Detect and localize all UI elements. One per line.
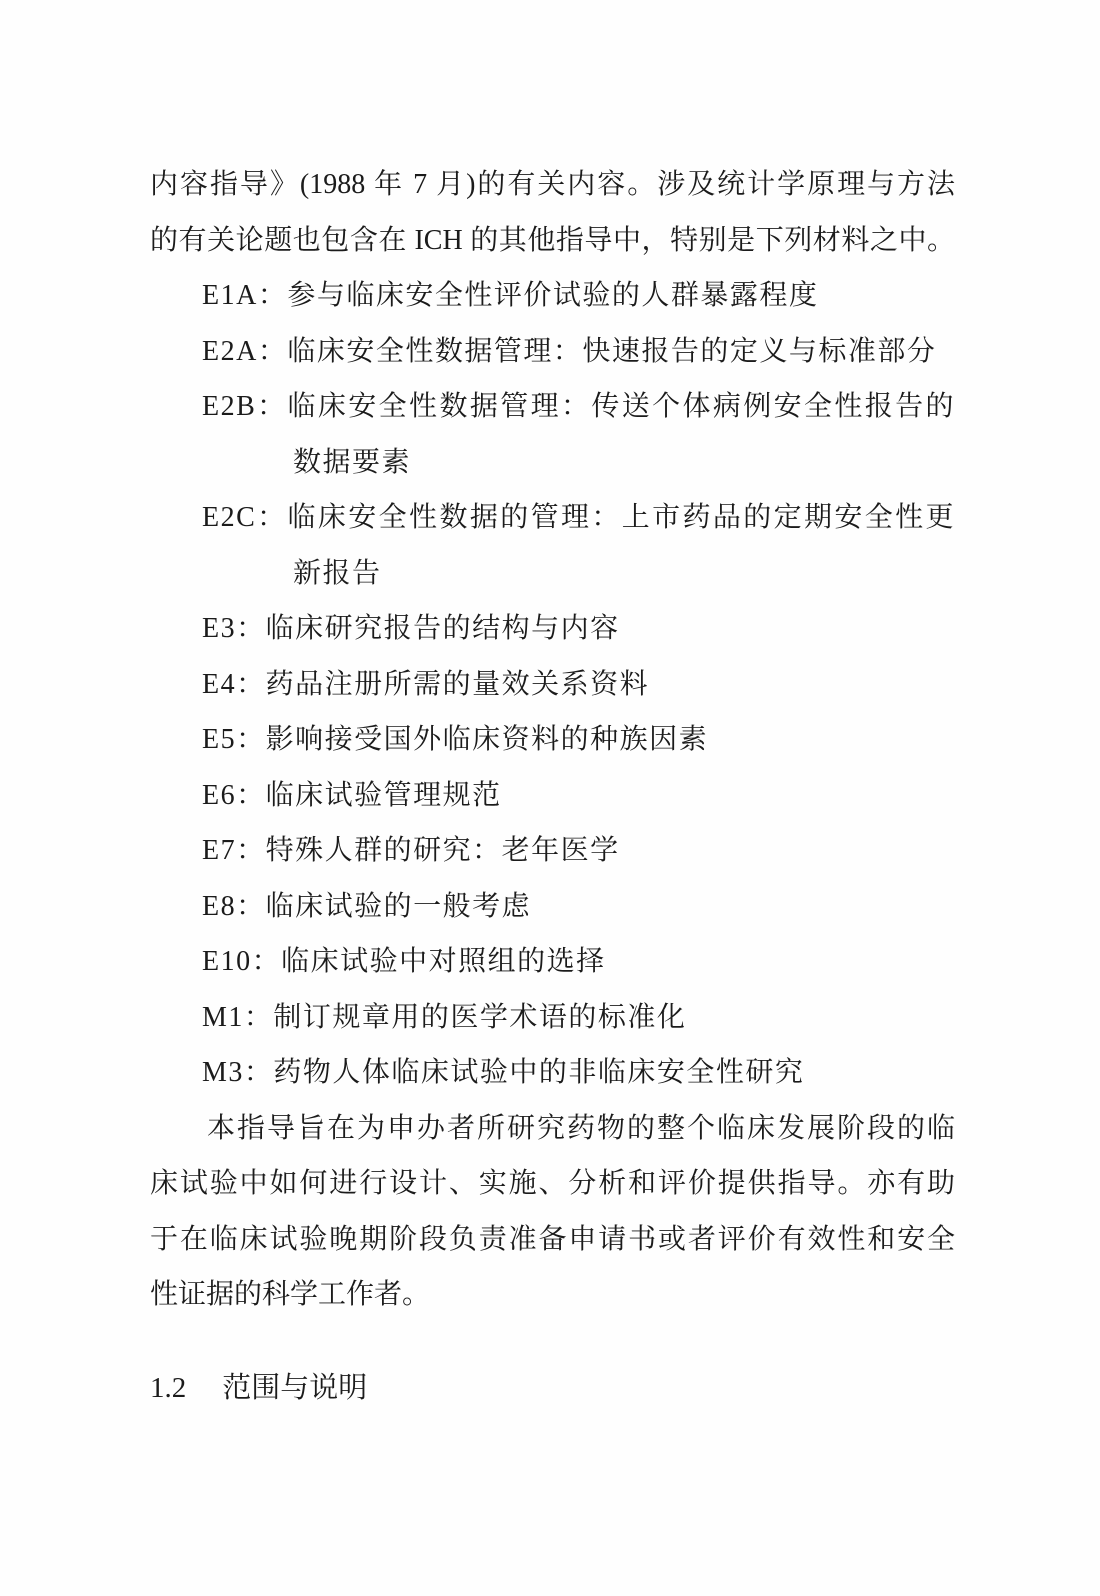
page-content: 内容指导》(1988 年 7 月)的有关内容。涉及统计学原理与方法 的有关论题也… — [0, 0, 1100, 1416]
guideline-code-e7: E7： — [202, 835, 266, 866]
guideline-text-e10: 临床试验中对照组的选择 — [281, 946, 606, 977]
guideline-item-e2b: E2B：临床安全性数据管理：传送个体病例安全性报告的 — [150, 379, 955, 435]
intro-paragraph-line-2: 的有关论题也包含在 ICH 的其他指导中，特别是下列材料之中。 — [150, 213, 955, 269]
purpose-paragraph-line-3: 于在临床试验晚期阶段负责准备申请书或者评价有效性和安全 — [150, 1212, 955, 1268]
document-page: 内容指导》(1988 年 7 月)的有关内容。涉及统计学原理与方法 的有关论题也… — [0, 0, 1100, 1596]
guideline-item-e7: E7：特殊人群的研究：老年医学 — [150, 823, 955, 879]
guideline-code-e10: E10： — [202, 946, 281, 977]
guideline-item-e2b-continuation: 数据要素 — [150, 435, 955, 491]
purpose-paragraph-line-1: 本指导旨在为申办者所研究药物的整个临床发展阶段的临 — [150, 1101, 955, 1157]
guideline-text-e6: 临床试验管理规范 — [266, 780, 502, 811]
guideline-item-e10: E10：临床试验中对照组的选择 — [150, 934, 955, 990]
guideline-text-e5: 影响接受国外临床资料的种族因素 — [266, 724, 709, 755]
guideline-item-e2a: E2A：临床安全性数据管理：快速报告的定义与标准部分 — [150, 324, 955, 380]
guideline-text-e4: 药品注册所需的量效关系资料 — [266, 669, 650, 700]
guideline-item-e8: E8：临床试验的一般考虑 — [150, 879, 955, 935]
purpose-paragraph-line-2: 床试验中如何进行设计、实施、分析和评价提供指导。亦有助 — [150, 1156, 955, 1212]
section-number: 1.2 — [150, 1361, 186, 1417]
guideline-text-m1: 制订规章用的医学术语的标准化 — [273, 1002, 686, 1033]
guideline-text-m3: 药物人体临床试验中的非临床安全性研究 — [273, 1057, 804, 1088]
guideline-item-e1a: E1A：参与临床安全性评价试验的人群暴露程度 — [150, 268, 955, 324]
guideline-code-e2a: E2A： — [202, 336, 287, 367]
guideline-item-m1: M1：制订规章用的医学术语的标准化 — [150, 990, 955, 1046]
section-heading: 1.2范围与说明 — [150, 1361, 955, 1417]
guideline-text-e2a: 临床安全性数据管理：快速报告的定义与标准部分 — [287, 336, 936, 367]
guideline-code-e2b: E2B： — [202, 391, 288, 422]
guideline-item-e3: E3：临床研究报告的结构与内容 — [150, 601, 955, 657]
guideline-text-e1a: 参与临床安全性评价试验的人群暴露程度 — [287, 280, 818, 311]
guideline-item-m3: M3：药物人体临床试验中的非临床安全性研究 — [150, 1045, 955, 1101]
guideline-item-e6: E6：临床试验管理规范 — [150, 768, 955, 824]
guideline-text-e2b: 临床安全性数据管理：传送个体病例安全性报告的 — [288, 391, 955, 422]
guideline-text-e3: 临床研究报告的结构与内容 — [266, 613, 620, 644]
guideline-code-e6: E6： — [202, 780, 266, 811]
guideline-code-e5: E5： — [202, 724, 266, 755]
section-title: 范围与说明 — [222, 1372, 367, 1404]
guideline-code-e8: E8： — [202, 891, 266, 922]
guideline-text-e7: 特殊人群的研究：老年医学 — [266, 835, 620, 866]
guideline-code-e4: E4： — [202, 669, 266, 700]
guideline-code-e2c: E2C： — [202, 502, 288, 533]
guideline-code-m1: M1： — [202, 1002, 273, 1033]
intro-paragraph-line-1: 内容指导》(1988 年 7 月)的有关内容。涉及统计学原理与方法 — [150, 157, 955, 213]
guideline-item-e4: E4：药品注册所需的量效关系资料 — [150, 657, 955, 713]
purpose-paragraph-line-4: 性证据的科学工作者。 — [150, 1267, 955, 1323]
guideline-code-m3: M3： — [202, 1057, 273, 1088]
guideline-text-e2c: 临床安全性数据的管理：上市药品的定期安全性更 — [288, 502, 955, 533]
guideline-code-e1a: E1A： — [202, 280, 287, 311]
guideline-text-e8: 临床试验的一般考虑 — [266, 891, 532, 922]
guideline-item-e2c: E2C：临床安全性数据的管理：上市药品的定期安全性更 — [150, 490, 955, 546]
guideline-item-e5: E5：影响接受国外临床资料的种族因素 — [150, 712, 955, 768]
guideline-code-e3: E3： — [202, 613, 266, 644]
guideline-item-e2c-continuation: 新报告 — [150, 546, 955, 602]
